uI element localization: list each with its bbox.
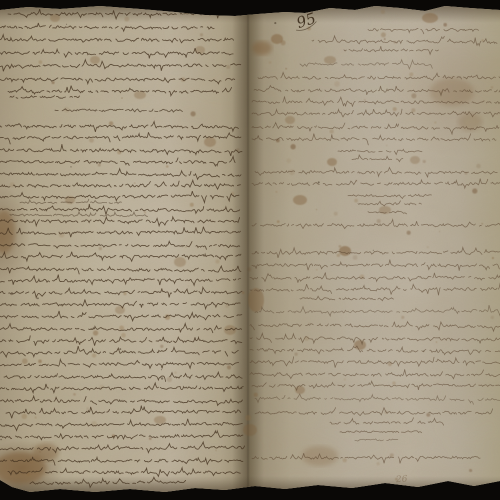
bottom-edge-shadow: [0, 476, 500, 494]
book-spread: 95 26: [0, 0, 500, 500]
book-gutter-shadow: [232, 4, 264, 496]
faint-folio-number: 26: [395, 474, 408, 485]
scan-artwork: 95 26: [0, 0, 500, 500]
manuscript-scan: 95 26: [0, 0, 500, 500]
